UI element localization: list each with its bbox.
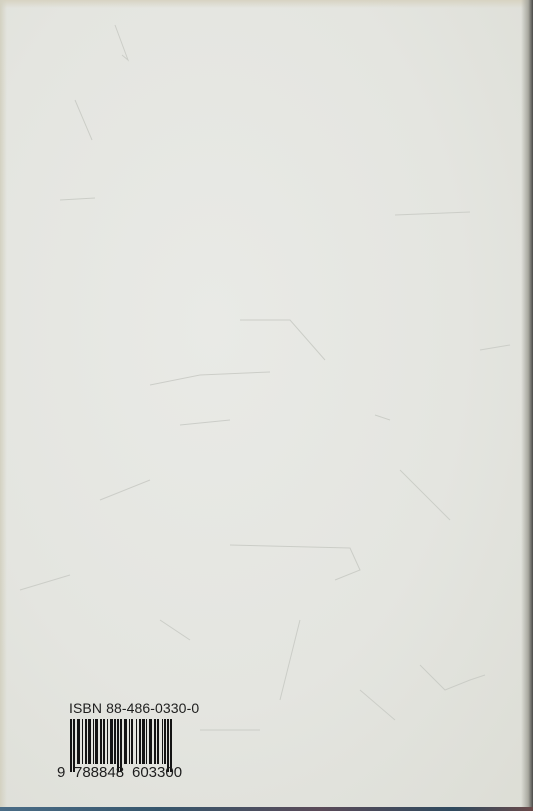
left-edge-shadow [0, 0, 7, 811]
bottom-edge-strip [0, 807, 533, 811]
barcode-digits-group-1: 788848 [74, 765, 132, 781]
barcode-digits-group-2: 603300 [132, 765, 182, 781]
barcode-digits: 9788848603300 [57, 765, 182, 781]
top-edge-shadow [0, 0, 533, 8]
book-back-cover: ISBN 88-486-0330-0 9788848603300 [0, 0, 533, 811]
surface-scratches [0, 0, 533, 811]
right-edge-shadow [521, 0, 533, 811]
isbn-label: ISBN 88-486-0330-0 [69, 700, 199, 716]
barcode-lead-digit: 9 [57, 765, 74, 781]
